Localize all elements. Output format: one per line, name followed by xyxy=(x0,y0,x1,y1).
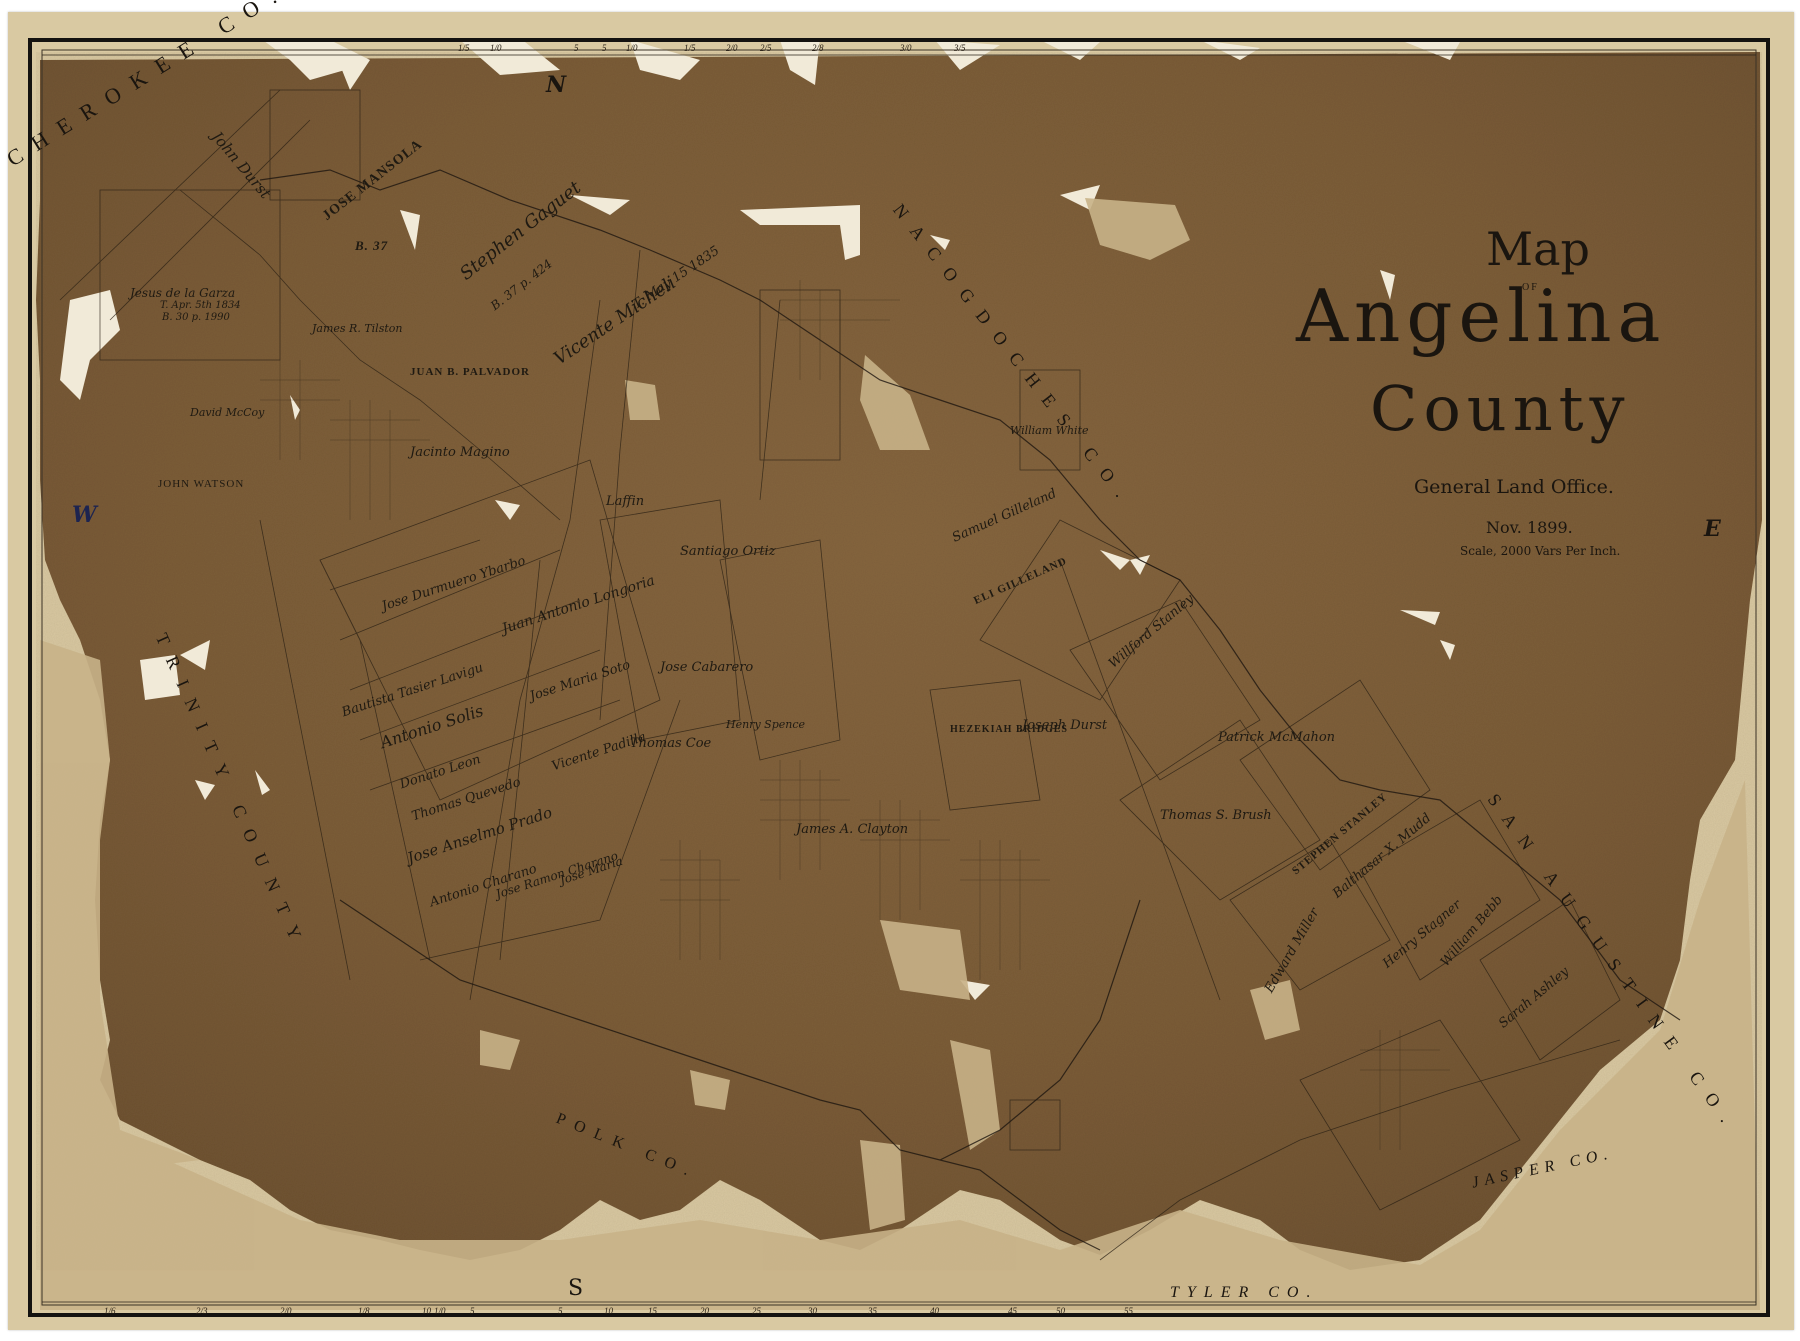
grant-thomas-brush: Thomas S. Brush xyxy=(1160,808,1272,823)
grant-juan-palvador: JUAN B. PALVADOR xyxy=(410,366,530,378)
grant-james-clayton: James A. Clayton xyxy=(796,822,908,837)
scale-tick: 30 xyxy=(808,1306,817,1316)
scale-tick: 2/3 xyxy=(196,1306,208,1316)
scale-tick: 45 xyxy=(1008,1306,1017,1316)
scale-tick-top: 3/0 xyxy=(900,43,912,53)
scale-tick: 25 xyxy=(752,1306,761,1316)
scale-tick-top: 5 xyxy=(574,43,579,53)
scale-tick-top: 5 xyxy=(602,43,607,53)
scale-tick-top: 2/0 xyxy=(726,43,738,53)
grant-david-mccoy: David McCoy xyxy=(190,406,264,419)
scale-tick-top: 3/5 xyxy=(954,43,966,53)
scale-tick-top: 1/0 xyxy=(626,43,638,53)
title-map: Map xyxy=(1486,222,1590,276)
scale-tick: 1/0 xyxy=(434,1306,446,1316)
scale-tick: 20 xyxy=(700,1306,709,1316)
grant-jesus-garza-ref: B. 30 p. 1990 xyxy=(162,312,230,323)
scale-tick: 40 xyxy=(930,1306,939,1316)
label-tyler-county: TYLER CO. xyxy=(1170,1284,1318,1302)
grant-jose-cabarero: Jose Cabarero xyxy=(660,660,753,675)
scale-tick: 55 xyxy=(1124,1306,1133,1316)
map-canvas xyxy=(0,0,1800,1341)
scale-tick: 15 xyxy=(648,1306,657,1316)
grant-james-tilston: James R. Tilston xyxy=(312,322,402,335)
publisher: General Land Office. xyxy=(1414,476,1614,498)
grant-jesus-garza: Jesus de la Garza xyxy=(130,286,235,300)
map-scale: Scale, 2000 Vars Per Inch. xyxy=(1460,544,1620,558)
compass-east: E xyxy=(1704,516,1721,542)
grant-jacinto-magino: Jacinto Magino xyxy=(410,445,510,460)
scale-tick: 35 xyxy=(868,1306,877,1316)
grant-william-white: William White xyxy=(1010,424,1089,437)
scale-tick: 2/0 xyxy=(280,1306,292,1316)
grant-joseph-durst: Joseph Durst xyxy=(1022,718,1107,733)
scale-tick-top: 2/8 xyxy=(812,43,824,53)
grant-jose-mansola-ref: B. 37 xyxy=(355,238,388,254)
grant-patrick-mcmahon: Patrick McMahon xyxy=(1218,730,1335,745)
grant-laffin: Laffin xyxy=(606,494,644,509)
map-date: Nov. 1899. xyxy=(1486,518,1573,537)
title-county-name: Angelina xyxy=(1296,274,1666,358)
compass-south: S xyxy=(568,1276,583,1301)
scale-tick: 10 xyxy=(604,1306,613,1316)
scale-tick: 10 xyxy=(422,1306,431,1316)
scale-tick-top: 2/5 xyxy=(760,43,772,53)
scale-tick-top: 1/5 xyxy=(684,43,696,53)
grant-jesus-garza-date: T. Apr. 5th 1834 xyxy=(160,300,241,311)
grant-john-watson: JOHN WATSON xyxy=(158,478,244,490)
scale-tick-top: 1/0 xyxy=(490,43,502,53)
grant-santiago-ortiz: Santiago Ortiz xyxy=(680,544,776,559)
scale-tick-top: 1/5 xyxy=(458,43,470,53)
scale-tick: 50 xyxy=(1056,1306,1065,1316)
compass-north: N xyxy=(546,72,566,98)
scale-tick: 5 xyxy=(470,1306,475,1316)
grant-thomas-coe: Thomas Coe xyxy=(630,736,711,751)
scale-tick: 5 xyxy=(558,1306,563,1316)
title-county-word: County xyxy=(1370,372,1631,445)
grant-henry-spence: Henry Spence xyxy=(726,718,805,731)
scale-tick: 1/6 xyxy=(104,1306,116,1316)
compass-west: W xyxy=(72,502,97,528)
scale-tick: 1/8 xyxy=(358,1306,370,1316)
